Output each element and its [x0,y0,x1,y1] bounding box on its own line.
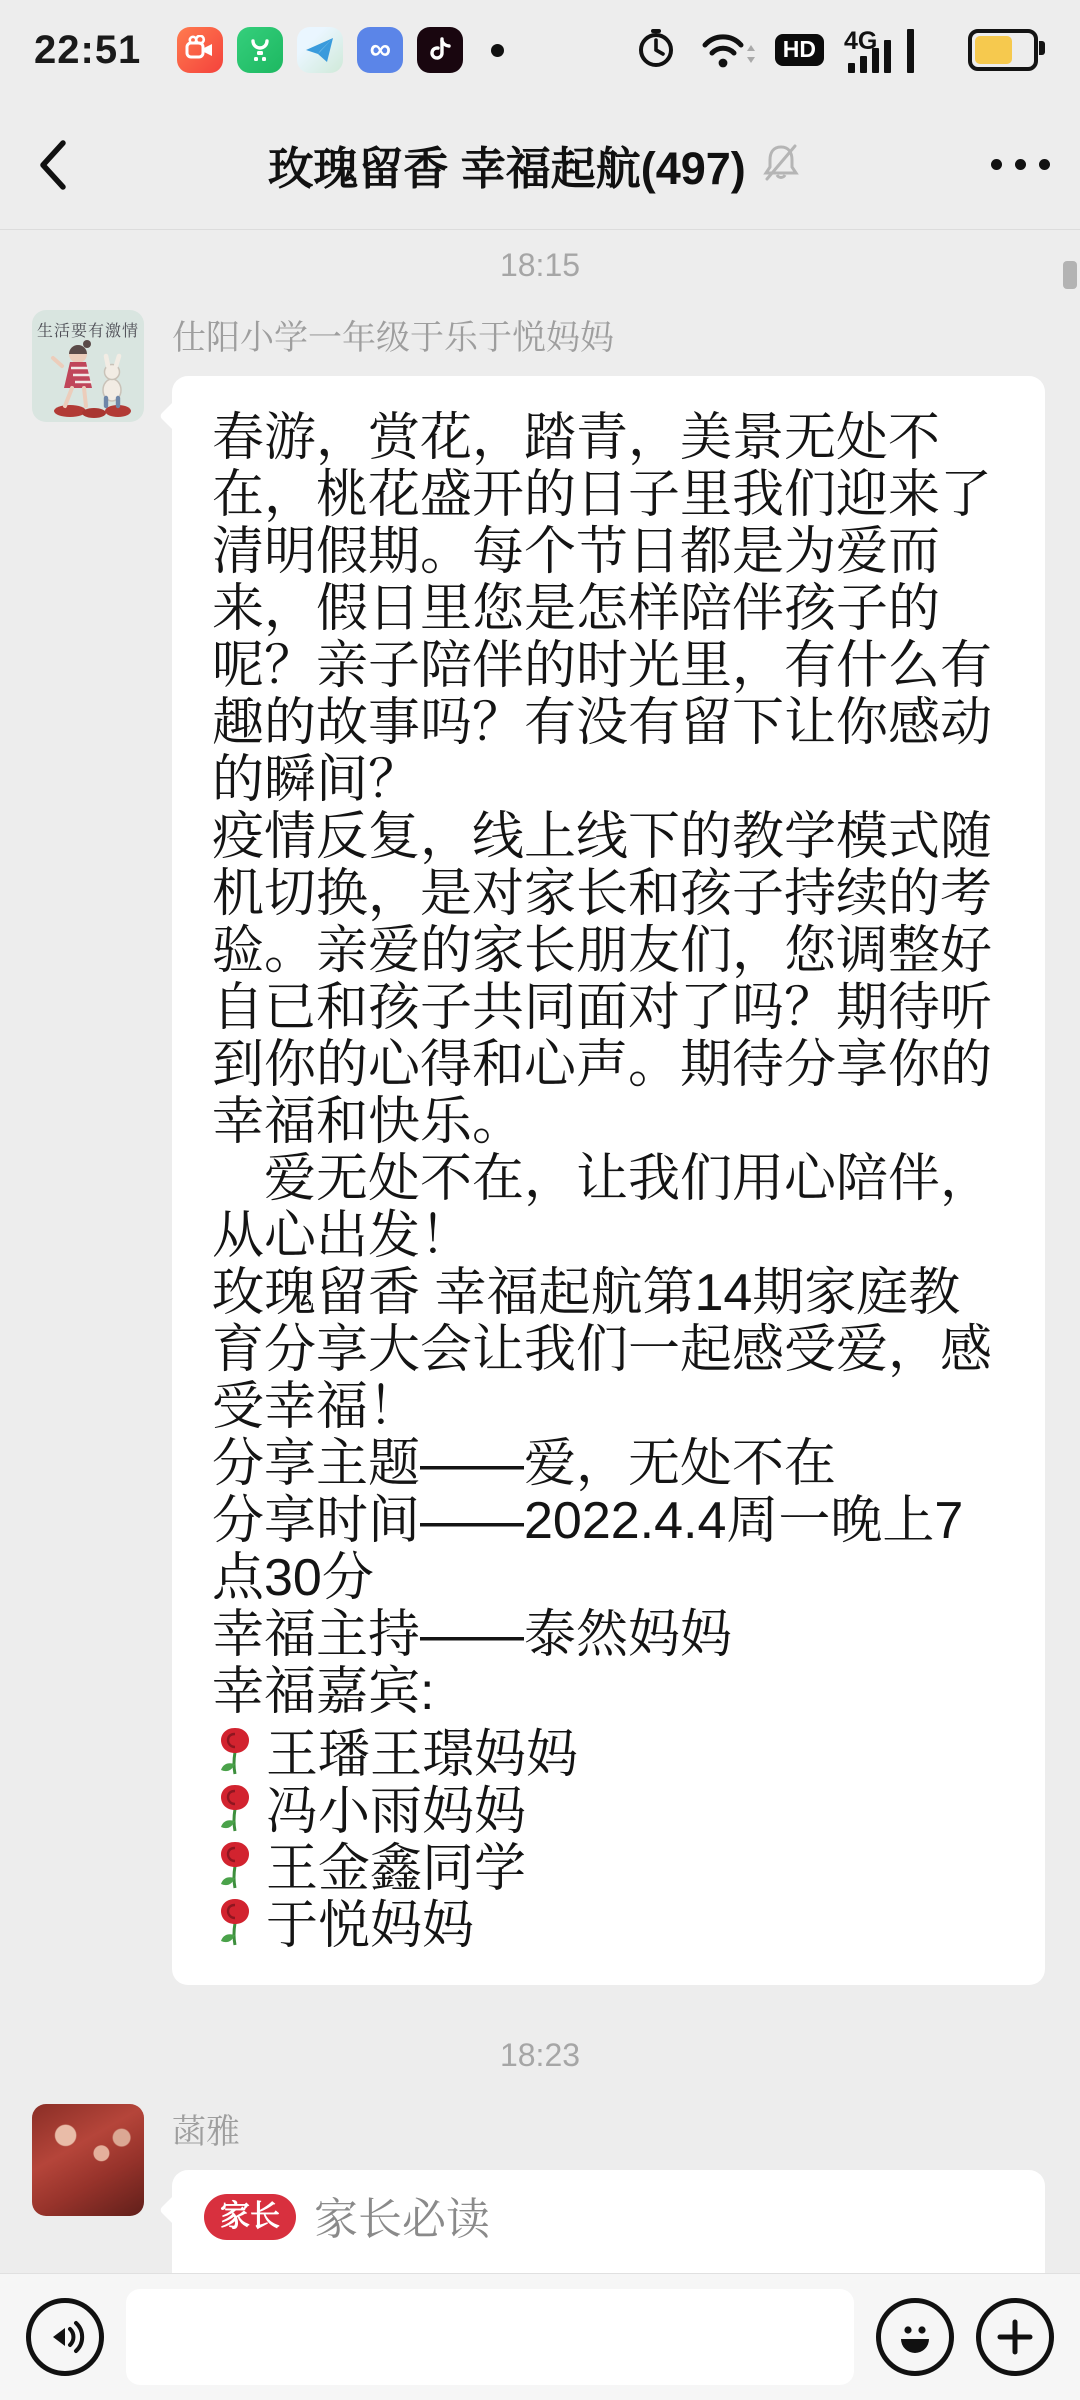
notification-dot [491,44,504,57]
message-text: 春游，赏花，踏青，美景无处不 在，桃花盛开的日子里我们迎来了 清明假期。每个节日… [212,410,1005,1721]
avatar[interactable] [32,2104,144,2216]
status-bar: 22:51 ∞ HD 4G [0,0,1080,100]
time-divider: 18:23 [0,2037,1080,2074]
avatar[interactable]: 生活要有激情 [32,310,144,422]
battery-icon [968,29,1038,71]
battery-fill [975,36,1012,64]
bell-muted-icon [760,141,802,188]
infinity-icon: ∞ [357,27,403,73]
rose-icon [212,1895,258,1947]
shared-link-title: 家长必读 [314,2194,490,2246]
sender-name: 菡雅 [172,2112,1048,2152]
chat-title: 玫瑰留香 幸福起航(497) [268,132,746,197]
rose-icon [212,1724,258,1776]
nav-title-area: 玫瑰留香 幸福起航(497) [110,132,960,197]
input-bar [0,2273,1080,2400]
back-chevron-icon [25,133,85,197]
plus-icon [992,2314,1038,2360]
guest-name: 于悦妈妈 [266,1883,474,1958]
rose-icon [212,1781,258,1833]
alarm-icon [633,25,679,76]
message-row: 生活要有激情 [0,310,1080,1985]
status-bar-right: HD 4G [633,25,1046,76]
green-store-icon [237,27,283,73]
nav-bar: 玫瑰留香 幸福起航(497) [0,100,1080,230]
signal-bar-group [848,29,914,73]
douyin-icon [417,27,463,73]
avatar-caption: 生活要有激情 [32,318,144,341]
message-bubble[interactable]: 家长 家长必读 [172,2170,1045,2273]
message-column: 菡雅 家长 家长必读 [172,2104,1048,2273]
hd-badge: HD [775,34,824,65]
rose-icon [212,1838,258,1890]
status-bar-left: 22:51 ∞ [34,27,504,73]
wechat-group-chat-screen: 22:51 ∞ HD 4G [0,0,1080,2400]
emoji-button[interactable] [876,2298,954,2376]
message-row: 菡雅 家长 家长必读 [0,2104,1080,2273]
message-input[interactable] [126,2289,854,2385]
plus-button[interactable] [976,2298,1054,2376]
wifi-icon [699,25,755,76]
scrollbar-thumb[interactable] [1063,261,1077,289]
time-divider: 18:15 [0,247,1080,284]
chat-area: 18:15 生活要有激情 [0,231,1080,2273]
parent-badge: 家长 [204,2194,296,2240]
message-column: 仕阳小学一年级于乐于悦妈妈 春游，赏花，踏青，美景无处不 在，桃花盛开的日子里我… [172,310,1048,1985]
clock-time: 22:51 [34,28,141,73]
guest-item: 于悦妈妈 [212,1892,1005,1949]
sender-name: 仕阳小学一年级于乐于悦妈妈 [172,318,1048,358]
emoji-smile-icon [891,2313,939,2361]
voice-button[interactable] [26,2298,104,2376]
more-button[interactable] [960,159,1080,170]
telegram-icon [297,27,343,73]
back-button[interactable] [0,133,110,197]
signal-bars: 4G [844,27,948,73]
kuaishou-icon [177,27,223,73]
voice-icon [42,2314,88,2360]
message-bubble[interactable]: 春游，赏花，踏青，美景无处不 在，桃花盛开的日子里我们迎来了 清明假期。每个节日… [172,376,1045,1985]
